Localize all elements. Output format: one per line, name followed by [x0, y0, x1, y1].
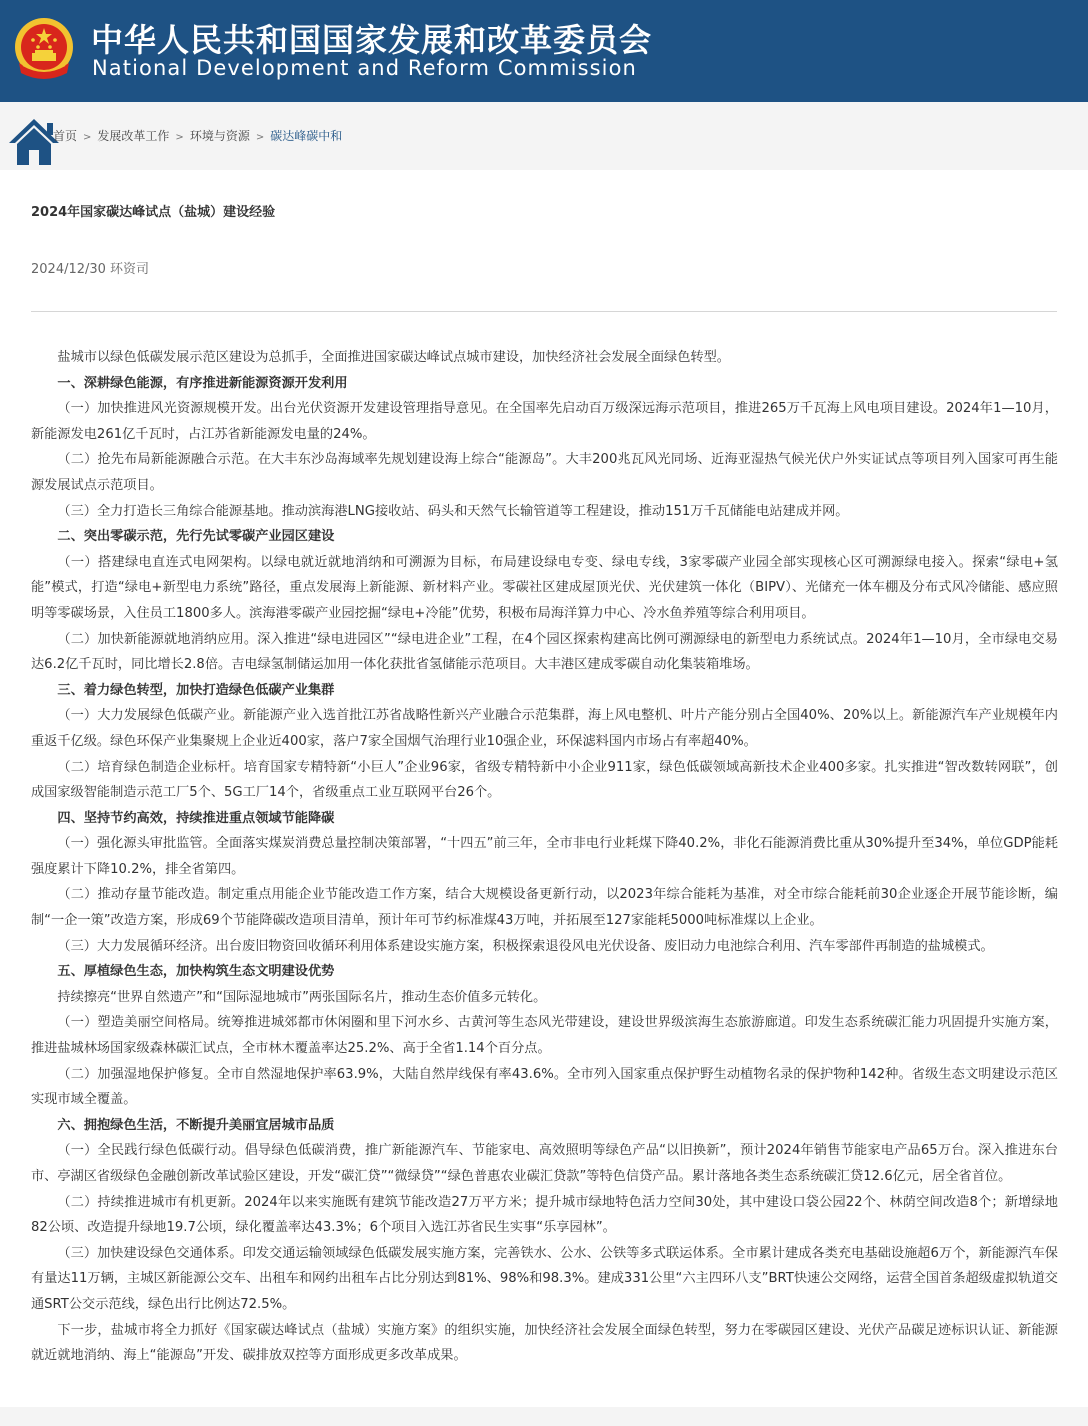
body-paragraph: （三）加快建设绿色交通体系。印发交通运输领域绿色低碳发展实施方案，完善铁水、公水…: [31, 1241, 1058, 1318]
body-paragraph: （二）加快新能源就地消纳应用。深入推进“绿电进园区”“绿电进企业”工程，在4个园…: [31, 627, 1058, 678]
section-heading: 二、突出零碳示范，先行先试零碳产业园区建设: [31, 524, 1058, 550]
body-paragraph: （三）全力打造长三角综合能源基地。推动滨海港LNG接收站、码头和天然气长输管道等…: [31, 499, 1058, 525]
site-title-en[interactable]: National Development and Reform Commissi…: [92, 56, 637, 80]
title-divider: [31, 311, 1057, 312]
section-heading: 三、着力绿色转型，加快打造绿色低碳产业集群: [31, 678, 1058, 704]
breadcrumb-separator: >: [256, 132, 264, 143]
section-heading: 一、深耕绿色能源，有序推进新能源资源开发利用: [31, 371, 1058, 397]
section-heading: 五、厚植绿色生态，加快构筑生态文明建设优势: [31, 959, 1058, 985]
body-paragraph: （一）大力发展绿色低碳产业。新能源产业入选首批江苏省战略性新兴产业融合示范集群，…: [31, 703, 1058, 754]
national-emblem-icon[interactable]: [13, 17, 75, 83]
footer-band: [0, 1407, 1088, 1426]
section-heading: 六、拥抱绿色生活，不断提升美丽宜居城市品质: [31, 1113, 1058, 1139]
body-paragraph: 持续擦亮“世界自然遗产”和“国际湿地城市”两张国际名片，推动生态价值多元转化。: [31, 985, 1058, 1011]
site-title-cn[interactable]: 中华人民共和国国家发展和改革委员会: [91, 22, 652, 58]
article-body: 盐城市以绿色低碳发展示范区建设为总抓手，全面推进国家碳达峰试点城市建设，加快经济…: [31, 345, 1058, 1369]
breadcrumb-reform-work[interactable]: 发展改革工作: [97, 129, 169, 143]
body-paragraph: （一）塑造美丽空间格局。统筹推进城郊都市休闲圈和里下河水乡、古黄河等生态风光带建…: [31, 1010, 1058, 1061]
breadcrumb-separator: >: [175, 132, 183, 143]
breadcrumb-carbon-peak[interactable]: 碳达峰碳中和: [270, 129, 342, 143]
breadcrumb-environment-resources[interactable]: 环境与资源: [190, 129, 250, 143]
site-header: 中华人民共和国国家发展和改革委员会 National Development a…: [0, 0, 1088, 102]
body-paragraph: （二）抢先布局新能源融合示范。在大丰东沙岛海域率先规划建设海上综合“能源岛”。大…: [31, 447, 1058, 498]
body-paragraph: （二）加强湿地保护修复。全市自然湿地保护率63.9%，大陆自然岸线保有率43.6…: [31, 1062, 1058, 1113]
body-paragraph: （二）培育绿色制造企业标杆。培育国家专精特新“小巨人”企业96家，省级专精特新中…: [31, 755, 1058, 806]
body-paragraph: （三）大力发展循环经济。出台废旧物资回收循环利用体系建设实施方案，积极探索退役风…: [31, 934, 1058, 960]
body-paragraph: （一）搭建绿电直连式电网架构。以绿电就近就地消纳和可溯源为目标，布局建设绿电专变…: [31, 550, 1058, 627]
body-paragraph: （二）持续推进城市有机更新。2024年以来实施既有建筑节能改造27万平方米；提升…: [31, 1190, 1058, 1241]
breadcrumb-separator: >: [83, 132, 91, 143]
body-paragraph: （一）加快推进风光资源规模开发。出台光伏资源开发建设管理指导意见。在全国率先启动…: [31, 396, 1058, 447]
body-paragraph: 下一步，盐城市将全力抓好《国家碳达峰试点（盐城）实施方案》的组织实施，加快经济社…: [31, 1318, 1058, 1369]
breadcrumb-home[interactable]: 首页: [53, 129, 77, 143]
body-paragraph: （一）强化源头审批监管。全面落实煤炭消费总量控制决策部署，“十四五”前三年，全市…: [31, 831, 1058, 882]
body-paragraph: 盐城市以绿色低碳发展示范区建设为总抓手，全面推进国家碳达峰试点城市建设，加快经济…: [31, 345, 1058, 371]
breadcrumb-bar: 首页>发展改革工作>环境与资源>碳达峰碳中和: [0, 102, 1088, 170]
breadcrumb: 首页>发展改革工作>环境与资源>碳达峰碳中和: [53, 128, 342, 146]
article-date-source: 2024/12/30 环资司: [31, 261, 149, 279]
article-title: 2024年国家碳达峰试点（盐城）建设经验: [31, 204, 275, 222]
body-paragraph: （二）推动存量节能改造。制定重点用能企业节能改造工作方案，结合大规模设备更新行动…: [31, 882, 1058, 933]
section-heading: 四、坚持节约高效，持续推进重点领域节能降碳: [31, 806, 1058, 832]
body-paragraph: （一）全民践行绿色低碳行动。倡导绿色低碳消费，推广新能源汽车、节能家电、高效照明…: [31, 1138, 1058, 1189]
